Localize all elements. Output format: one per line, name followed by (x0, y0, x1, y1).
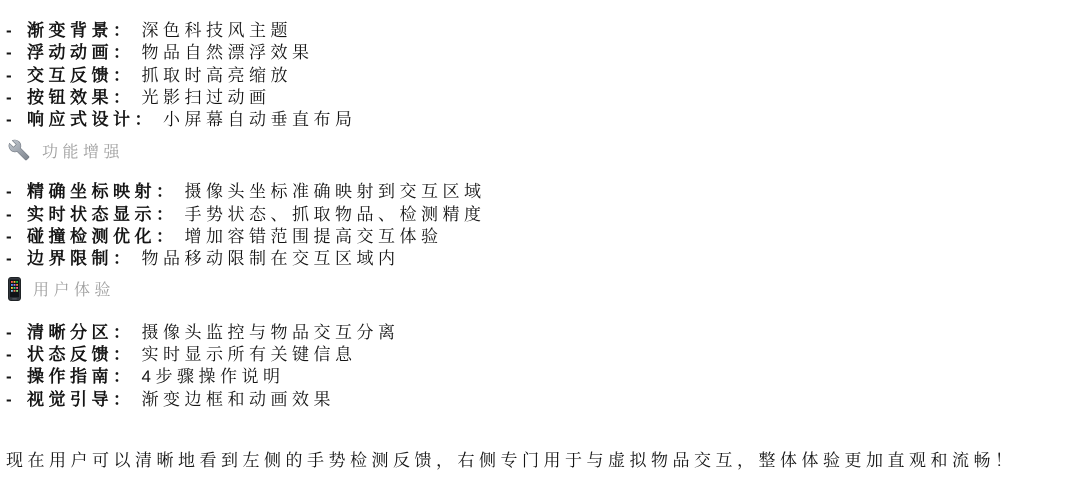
item-text: 增加容错范围提高交互体验 (185, 227, 443, 246)
bullet-dash: - (6, 65, 27, 87)
bullet-dash: - (6, 109, 27, 131)
phone-icon (8, 277, 21, 301)
item-text: 手势状态、抓取物品、检测精度 (185, 205, 486, 224)
wrench-icon (8, 139, 30, 161)
heading-user-experience: 用户体验 (8, 277, 1060, 301)
item-label: 精确坐标映射： (27, 182, 178, 201)
list-visual-features: -渐变背景：深色科技风主题 -浮动动画：物品自然漂浮效果 -交互反馈：抓取时高亮… (6, 20, 1060, 131)
list-item: -碰撞检测优化：增加容错范围提高交互体验 (6, 226, 1060, 248)
item-text: 4步骤操作说明 (142, 367, 285, 386)
item-text: 小屏幕自动垂直布局 (163, 110, 357, 129)
item-label: 浮动动画： (27, 43, 135, 62)
item-text: 摄像头监控与物品交互分离 (142, 323, 400, 342)
item-label: 交互反馈： (27, 66, 135, 85)
item-label: 渐变背景： (27, 21, 135, 40)
list-item: -操作指南：4步骤操作说明 (6, 366, 1060, 388)
list-user-experience: -清晰分区：摄像头监控与物品交互分离 -状态反馈：实时显示所有关键信息 -操作指… (6, 322, 1060, 411)
item-label: 清晰分区： (27, 323, 135, 342)
heading-feature-enhancement: 功能增强 (8, 138, 1060, 162)
item-label: 状态反馈： (27, 345, 135, 364)
bullet-dash: - (6, 181, 27, 203)
list-item: -视觉引导：渐变边框和动画效果 (6, 389, 1060, 411)
list-item: -边界限制：物品移动限制在交互区域内 (6, 248, 1060, 270)
list-item: -清晰分区：摄像头监控与物品交互分离 (6, 322, 1060, 344)
list-item: -浮动动画：物品自然漂浮效果 (6, 42, 1060, 64)
item-text: 渐变边框和动画效果 (142, 390, 336, 409)
item-label: 操作指南： (27, 367, 135, 386)
bullet-dash: - (6, 344, 27, 366)
bullet-dash: - (6, 366, 27, 388)
item-label: 碰撞检测优化： (27, 227, 178, 246)
bullet-dash: - (6, 20, 27, 42)
item-label: 边界限制： (27, 249, 135, 268)
item-text: 物品移动限制在交互区域内 (142, 249, 400, 268)
item-text: 摄像头坐标准确映射到交互区域 (185, 182, 486, 201)
bullet-dash: - (6, 248, 27, 270)
item-label: 视觉引导： (27, 390, 135, 409)
list-item: -精确坐标映射：摄像头坐标准确映射到交互区域 (6, 181, 1060, 203)
list-item: -渐变背景：深色科技风主题 (6, 20, 1060, 42)
bullet-dash: - (6, 322, 27, 344)
item-text: 物品自然漂浮效果 (142, 43, 314, 62)
bullet-dash: - (6, 226, 27, 248)
section-heading-label: 功能增强 (42, 139, 124, 162)
bullet-dash: - (6, 389, 27, 411)
item-text: 抓取时高亮缩放 (142, 66, 293, 85)
summary-paragraph: 现在用户可以清晰地看到左侧的手势检测反馈，右侧专门用于与虚拟物品交互，整体体验更… (6, 450, 1060, 472)
bullet-dash: - (6, 204, 27, 226)
list-item: -实时状态显示：手势状态、抓取物品、检测精度 (6, 204, 1060, 226)
list-item: -响应式设计：小屏幕自动垂直布局 (6, 109, 1060, 131)
bullet-dash: - (6, 42, 27, 64)
page: { "page": { "background": "#ffffff", "te… (0, 0, 1080, 495)
item-label: 按钮效果： (27, 88, 135, 107)
item-label: 实时状态显示： (27, 205, 178, 224)
item-text: 深色科技风主题 (142, 21, 293, 40)
list-item: -按钮效果：光影扫过动画 (6, 87, 1060, 109)
item-label: 响应式设计： (27, 110, 156, 129)
list-item: -状态反馈：实时显示所有关键信息 (6, 344, 1060, 366)
document-body: -渐变背景：深色科技风主题 -浮动动画：物品自然漂浮效果 -交互反馈：抓取时高亮… (0, 0, 1080, 472)
item-text: 实时显示所有关键信息 (142, 345, 357, 364)
bullet-dash: - (6, 87, 27, 109)
list-item: -交互反馈：抓取时高亮缩放 (6, 65, 1060, 87)
item-text: 光影扫过动画 (142, 88, 271, 107)
list-feature-enhancement: -精确坐标映射：摄像头坐标准确映射到交互区域 -实时状态显示：手势状态、抓取物品… (6, 181, 1060, 270)
section-heading-label: 用户体验 (33, 277, 115, 300)
